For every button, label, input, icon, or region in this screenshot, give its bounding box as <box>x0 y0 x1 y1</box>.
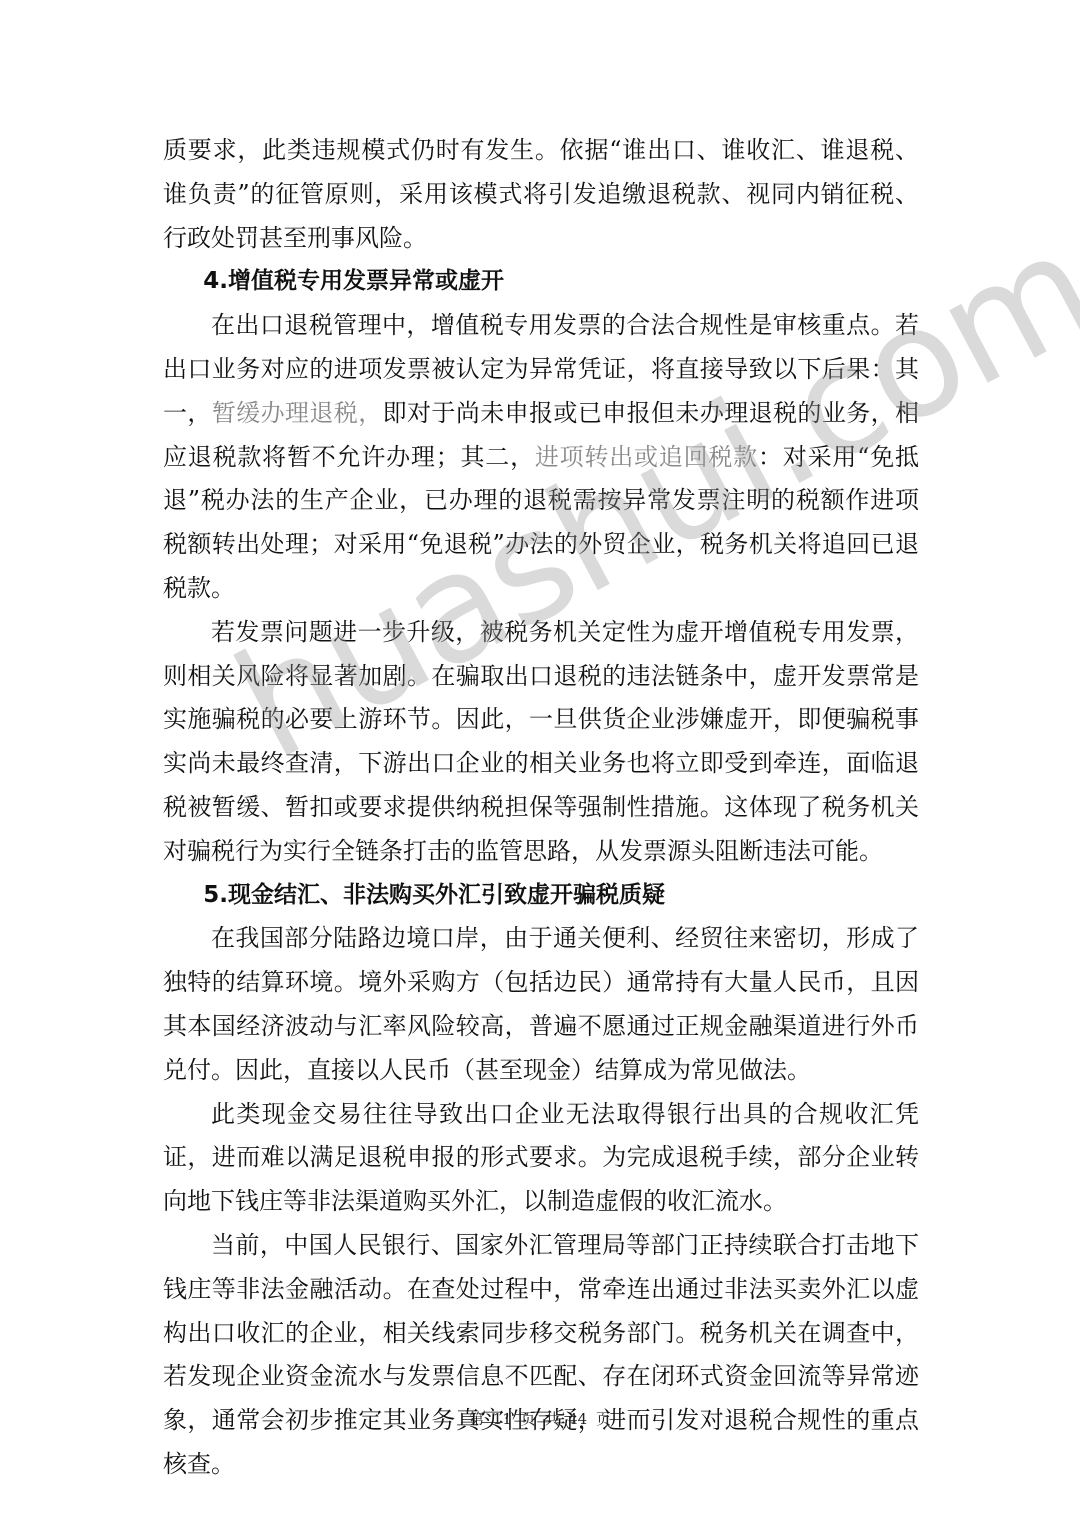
paragraph-false-invoice: 若发票问题进一步升级，被税务机关定性为虚开增值税专用发票，则相关风险将显著加剧。… <box>163 611 919 874</box>
page-number-footer: 第 11 页 共 44 页 <box>0 1408 1080 1429</box>
grey-highlight-segment: 进项转出或追回税款 <box>535 443 758 471</box>
document-body: 质要求，此类违规模式仍时有发生。依据“谁出口、谁收汇、谁退税、谁负责”的征管原则… <box>163 129 919 1487</box>
section-heading-4: 4.增值税专用发票异常或虚开 <box>163 260 919 304</box>
paragraph-continuation: 质要求，此类违规模式仍时有发生。依据“谁出口、谁收汇、谁退税、谁负责”的征管原则… <box>163 129 919 260</box>
paragraph-cash-transactions: 此类现金交易往往导致出口企业无法取得银行出具的合规收汇凭证，进而难以满足退税申报… <box>163 1093 919 1224</box>
paragraph-enforcement: 当前，中国人民银行、国家外汇管理局等部门正持续联合打击地下钱庄等非法金融活动。在… <box>163 1224 919 1487</box>
paragraph-invoice-consequences: 在出口退税管理中，增值税专用发票的合法合规性是审核重点。若出口业务对应的进项发票… <box>163 304 919 611</box>
grey-highlight-segment: 暂缓办理退税， <box>212 399 383 427</box>
paragraph-border-settlement: 在我国部分陆路边境口岸，由于通关便利、经贸往来密切，形成了独特的结算环境。境外采… <box>163 917 919 1092</box>
section-heading-5: 5.现金结汇、非法购买外汇引致虚开骗税质疑 <box>163 874 919 918</box>
